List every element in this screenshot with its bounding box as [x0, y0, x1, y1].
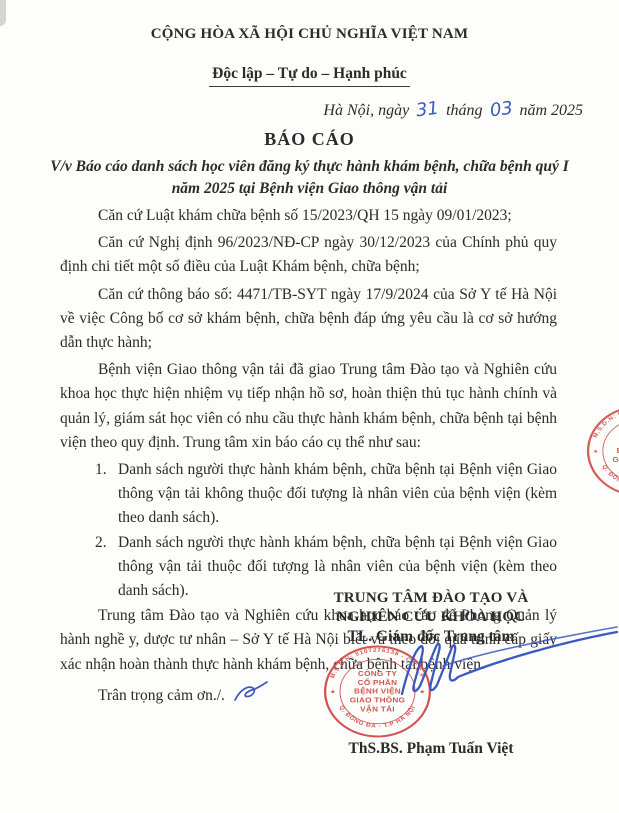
seal-center-line2: CỔ PHẦN: [358, 678, 398, 687]
seal-center-line1: CÔNG TY: [358, 670, 397, 678]
company-seal-partial-icon: M.S.D.N: 0107276138 - C.T.C.P Q. ĐỐNG ĐA…: [584, 403, 619, 499]
list-item-number: 1.: [95, 458, 118, 531]
dateline-suffix: năm 2025: [519, 102, 583, 119]
dateline-middle: tháng: [446, 102, 482, 119]
scan-edge-artifact: [0, 0, 6, 26]
document-subject: V/v Báo cáo danh sách học viên đăng ký t…: [48, 156, 571, 200]
svg-text:Q. ĐỐNG ĐA - T.P HÀ NỘI: Q. ĐỐNG ĐA - T.P HÀ NỘI: [600, 464, 619, 488]
paragraph-legal-basis-2: Căn cứ Nghị định 96/2023/NĐ-CP ngày 30/1…: [60, 231, 557, 279]
list-item: 1. Danh sách người thực hành khám bệnh, …: [95, 458, 557, 531]
seal-center-line5: VẬN TẢI: [360, 705, 395, 713]
report-list: 1. Danh sách người thực hành khám bệnh, …: [95, 458, 557, 603]
paragraph-legal-basis-1: Căn cứ Luật khám chữa bệnh số 15/2023/QH…: [60, 204, 557, 228]
signing-org-line1: TRUNG TÂM ĐÀO TẠO VÀ: [305, 589, 557, 608]
document-title: BÁO CÁO: [0, 127, 619, 151]
national-motto-line1: CỘNG HÒA XÃ HỘI CHỦ NGHĨA VIỆT NAM: [0, 24, 619, 44]
dateline-prefix: Hà Nội, ngày: [323, 102, 409, 119]
scanned-official-report: CỘNG HÒA XÃ HỘI CHỦ NGHĨA VIỆT NAM Độc l…: [0, 0, 619, 813]
paragraph-legal-basis-3: Căn cứ thông báo số: 4471/TB-SYT ngày 17…: [60, 283, 557, 356]
handwritten-signature-icon: [393, 620, 619, 708]
seal-center-line4: GIAO THÔNG: [613, 455, 619, 463]
seal-star-left: ★: [330, 689, 336, 695]
subject-line2: năm 2025 tại Bệnh viện Giao thông vận tả…: [48, 178, 571, 200]
dateline: Hà Nội, ngày 31 tháng 03 năm 2025: [0, 99, 619, 123]
list-item-text: Danh sách người thực hành khám bệnh, chữ…: [118, 458, 557, 531]
subject-line1: V/v Báo cáo danh sách học viên đăng ký t…: [48, 156, 571, 178]
list-item-number: 2.: [95, 531, 118, 604]
closing-salutation: Trân trọng cảm ơn./.: [98, 687, 225, 704]
signer-name: ThS.BS. Phạm Tuấn Việt: [305, 740, 557, 758]
paragraph-assignment: Bệnh viện Giao thông vận tải đã giao Tru…: [60, 358, 557, 455]
handwritten-initial-icon: [233, 680, 269, 704]
seal-star-left: ★: [593, 449, 598, 455]
national-motto-line2: Độc lập – Tự do – Hạnh phúc: [209, 64, 410, 87]
handwritten-day: 31: [415, 100, 440, 121]
national-header: CỘNG HÒA XÃ HỘI CHỦ NGHĨA VIỆT NAM Độc l…: [0, 0, 619, 87]
handwritten-month: 03: [489, 100, 514, 121]
seal-bottom-arc-text: Q. ĐỐNG ĐA - T.P HÀ NỘI: [600, 464, 619, 488]
